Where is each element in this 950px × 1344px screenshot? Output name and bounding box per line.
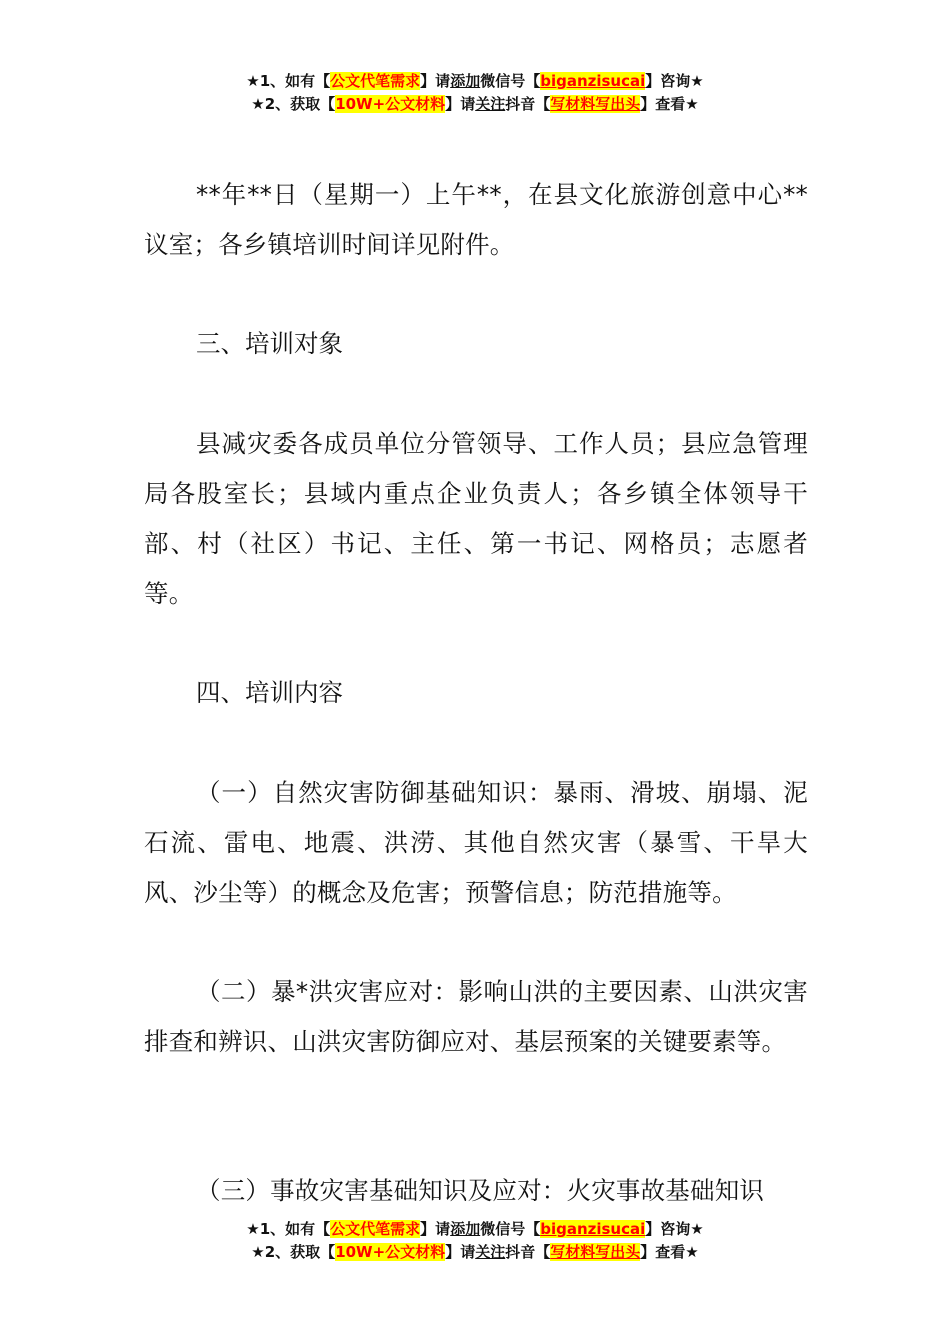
highlight-service: 公文代笔需求 [330,72,420,90]
banner-text: 抖音【 [505,95,550,113]
header-banner: ★1、如有【公文代笔需求】请添加微信号【biganzisucai】咨询★ ★2、… [0,70,950,116]
banner-text: 】查看★ [640,95,698,113]
highlight-wechat-id: biganzisucai [540,1220,645,1238]
highlight-douyin-account: 写材料写出头 [550,1243,640,1261]
highlight-service: 公文代笔需求 [330,1220,420,1238]
paragraph-training-targets: 县减灾委各成员单位分管领导、工作人员；县应急管理局各股室长；县域内重点企业负责人… [144,419,808,619]
banner-line-1: ★1、如有【公文代笔需求】请添加微信号【biganzisucai】咨询★ [0,70,950,93]
banner-text: ★2、获取【 [251,1243,335,1261]
banner-text: 微信号【 [480,72,540,90]
section-heading-training-content: 四、培训内容 [196,668,343,718]
banner-emphasis: 关注 [475,95,505,113]
banner-line-1: ★1、如有【公文代笔需求】请添加微信号【biganzisucai】咨询★ [0,1218,950,1241]
paragraph-content-item-1: （一）自然灾害防御基础知识：暴雨、滑坡、崩塌、泥石流、雷电、地震、洪涝、其他自然… [144,768,808,918]
highlight-materials: 10W+公文材料 [335,95,445,113]
banner-text: 】请 [445,95,475,113]
banner-text: 微信号【 [480,1220,540,1238]
banner-text: 】请 [420,72,450,90]
banner-text: 】请 [420,1220,450,1238]
banner-text: 】请 [445,1243,475,1261]
highlight-douyin-account: 写材料写出头 [550,95,640,113]
banner-text: ★2、获取【 [251,95,335,113]
footer-banner: ★1、如有【公文代笔需求】请添加微信号【biganzisucai】咨询★ ★2、… [0,1218,950,1264]
banner-text: 】查看★ [640,1243,698,1261]
paragraph-content-item-3: （三）事故灾害基础知识及应对：火灾事故基础知识 [144,1166,808,1216]
paragraph-time-location: **年**日（星期一）上午**，在县文化旅游创意中心**议室；各乡镇培训时间详见… [144,170,808,270]
highlight-materials: 10W+公文材料 [335,1243,445,1261]
banner-text: 抖音【 [505,1243,550,1261]
paragraph-content-item-2: （二）暴*洪灾害应对：影响山洪的主要因素、山洪灾害排查和辨识、山洪灾害防御应对、… [144,967,808,1067]
banner-emphasis: 添加 [450,1220,480,1238]
banner-text: 】咨询★ [645,72,703,90]
section-heading-training-targets: 三、培训对象 [196,319,343,369]
banner-text: 】咨询★ [645,1220,703,1238]
banner-emphasis: 添加 [450,72,480,90]
banner-text: ★1、如有【 [246,1220,330,1238]
banner-text: ★1、如有【 [246,72,330,90]
highlight-wechat-id: biganzisucai [540,72,645,90]
banner-line-2: ★2、获取【10W+公文材料】请关注抖音【写材料写出头】查看★ [0,93,950,116]
banner-emphasis: 关注 [475,1243,505,1261]
banner-line-2: ★2、获取【10W+公文材料】请关注抖音【写材料写出头】查看★ [0,1241,950,1264]
